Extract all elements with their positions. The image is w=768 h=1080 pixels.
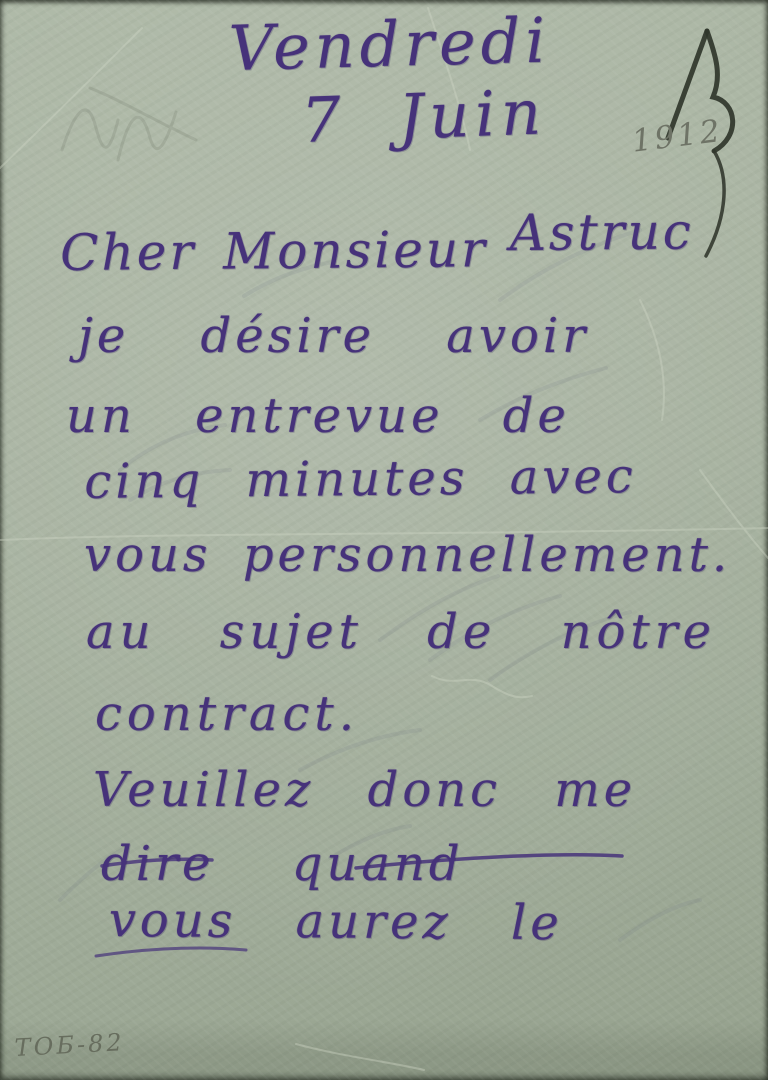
body-line: au sujet de nôtre	[86, 604, 716, 660]
year-pencil-annotation: 1912	[630, 113, 725, 160]
faint-pencil-scribble	[62, 88, 196, 160]
date-day-line: Vendredi	[228, 4, 551, 85]
salutation-line: Cher MonsieurAstruc	[60, 218, 694, 282]
body-line: dire quand	[101, 836, 464, 892]
salutation-text: Cher Monsieur	[60, 220, 488, 282]
body-line: Veuillez donc me	[93, 762, 636, 818]
archival-mark: ТОБ-82	[14, 1028, 125, 1062]
addressee-name: Astruc	[510, 202, 694, 262]
body-line: cinq minutes avec	[84, 448, 637, 510]
letter-page: Vendredi 7 Juin 1912 Cher MonsieurAstruc…	[0, 0, 768, 1080]
body-line: vous aurez le	[109, 892, 563, 951]
body-line: je désire avoir	[78, 308, 589, 364]
body-line: contract.	[95, 686, 359, 742]
date-number-line: 7 Juin	[300, 75, 548, 157]
body-line: vous personnellement.	[84, 527, 731, 583]
body-line: un entrevue de	[66, 388, 570, 444]
